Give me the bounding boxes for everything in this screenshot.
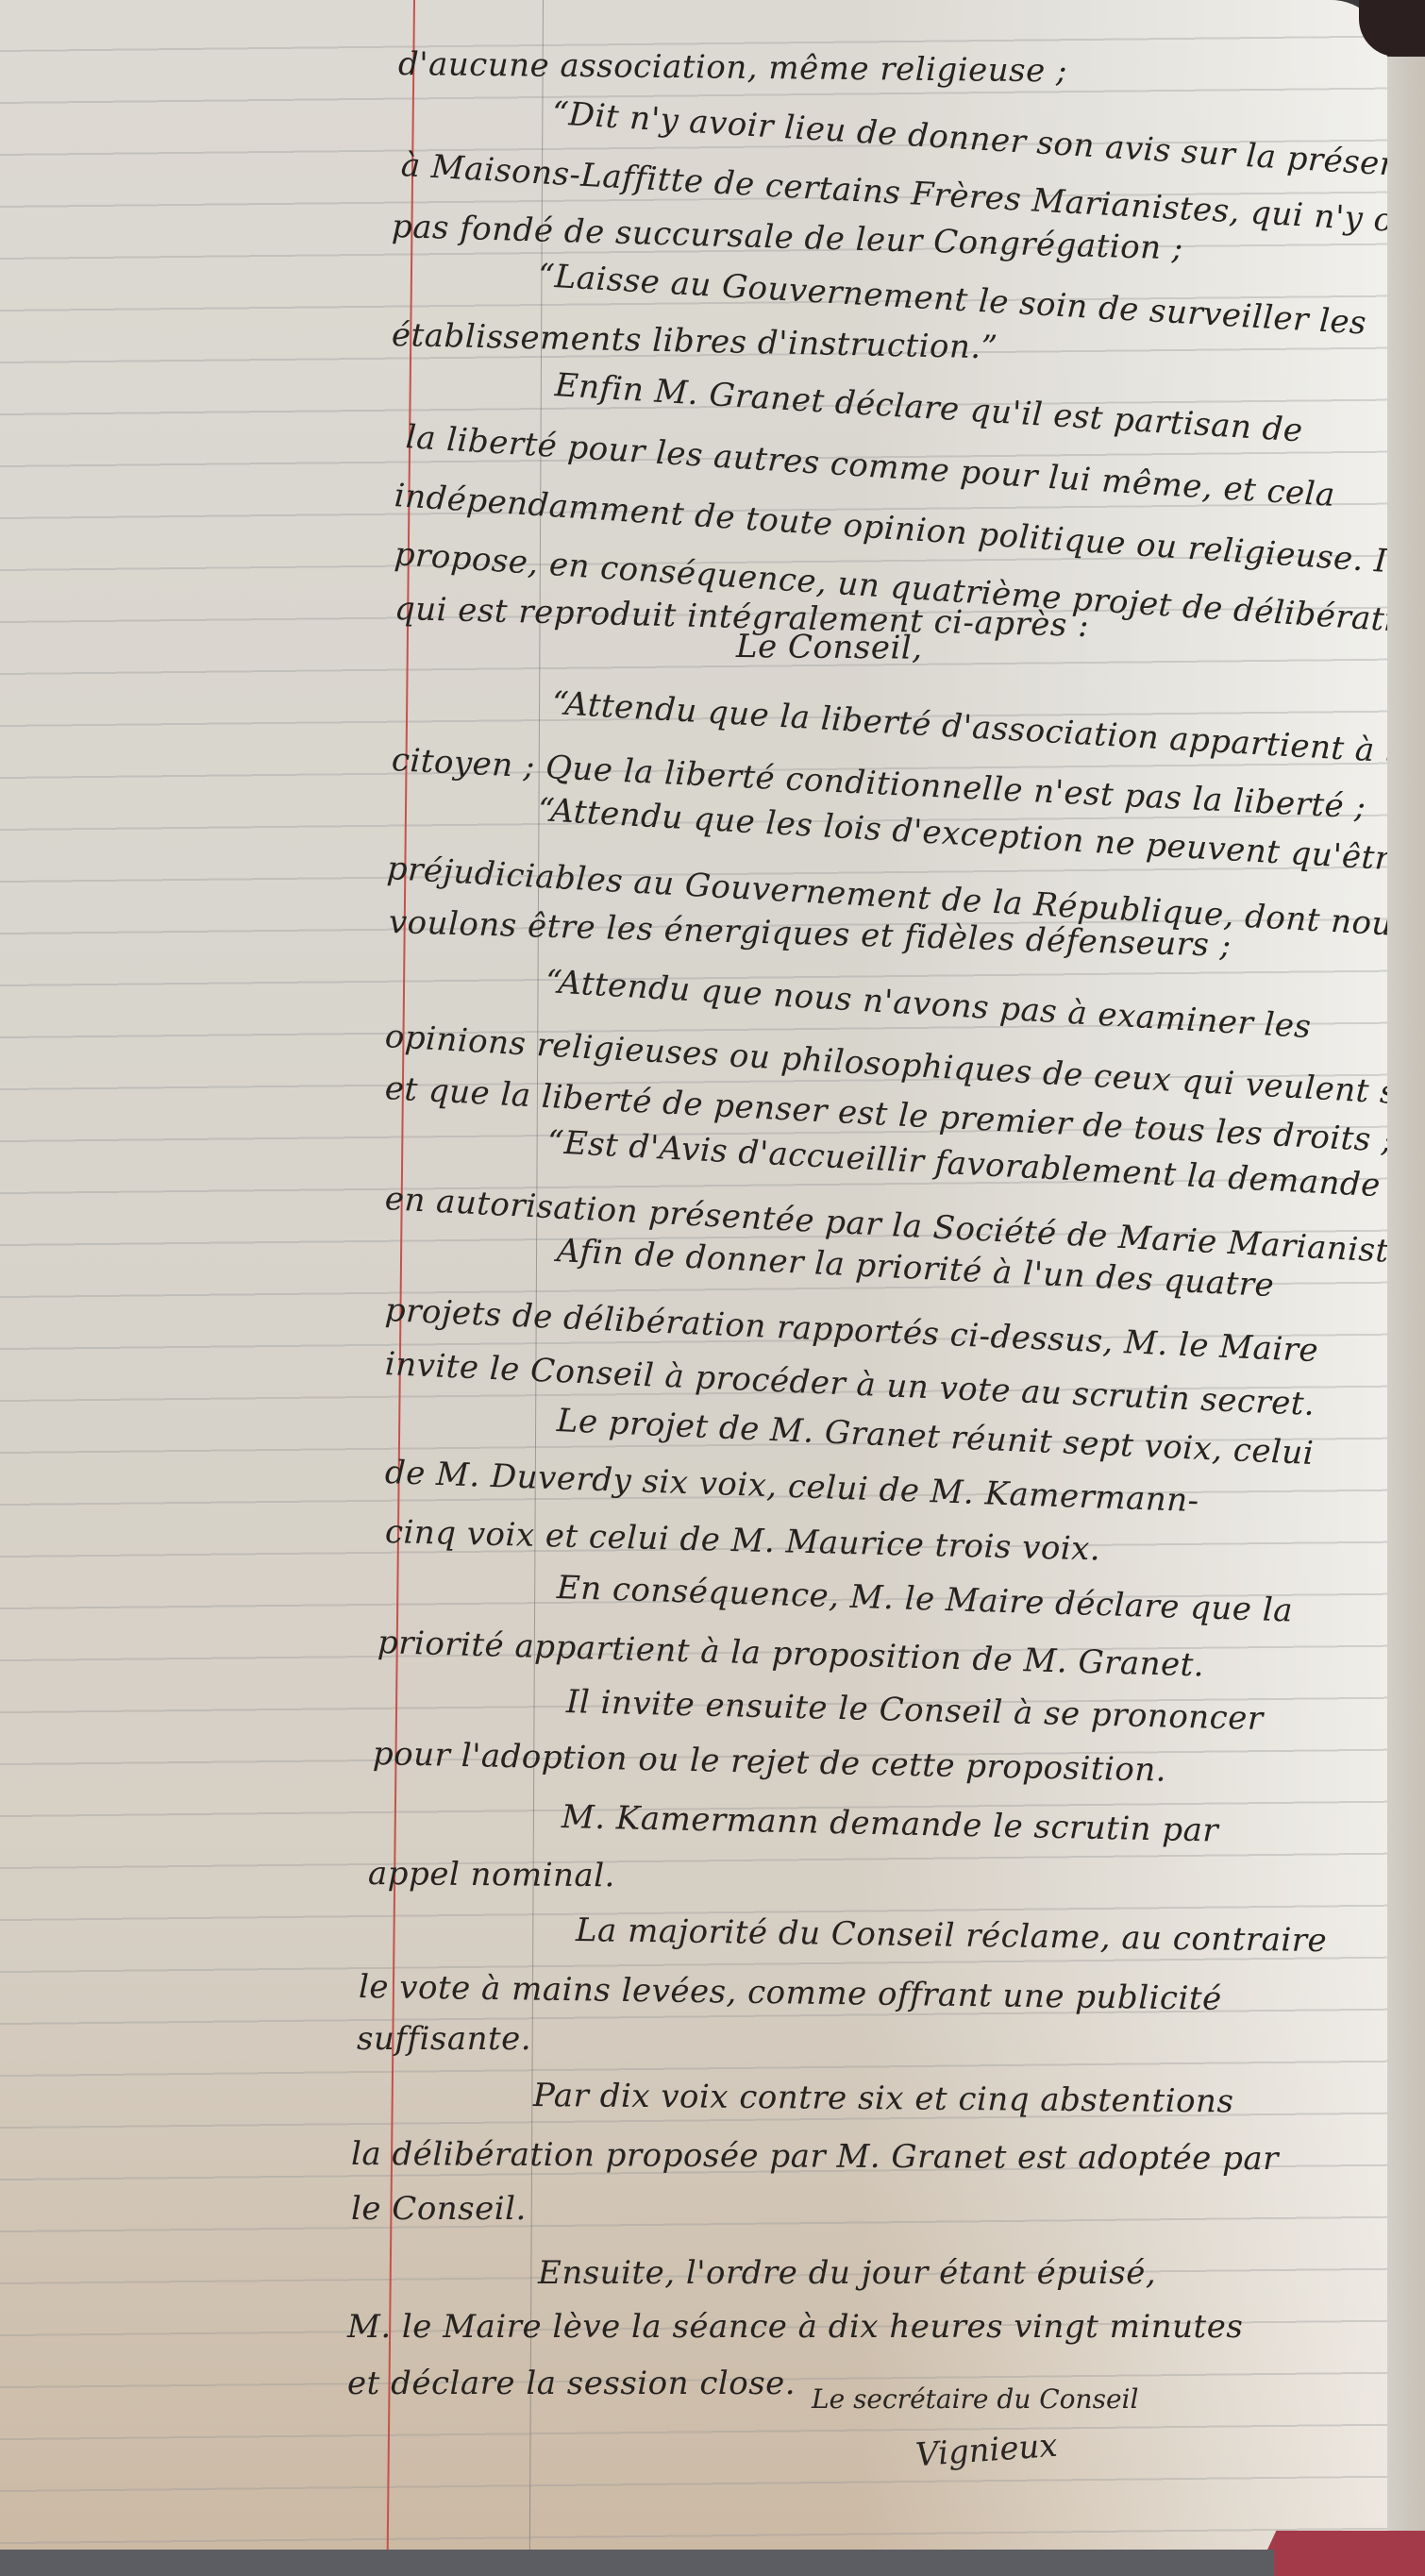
text-line: d'aucune association, même religieuse ; <box>398 45 1067 90</box>
text-line: le Conseil. <box>351 2190 527 2228</box>
text-line: Ensuite, l'ordre du jour étant épuisé, <box>538 2254 1156 2292</box>
text-line: appel nominal. <box>368 1855 615 1894</box>
signature-title: Le secrétaire du Conseil <box>812 2383 1138 2415</box>
ledger-page: d'aucune association, même religieuse ;“… <box>0 0 1387 2553</box>
text-line: Le Conseil, <box>736 628 923 667</box>
text-line: et déclare la session close. <box>347 2365 796 2402</box>
signature-name: Vignieux <box>914 2427 1059 2474</box>
signature-block: Le secrétaire du Conseil Vignieux <box>812 2383 1138 2469</box>
book-cover-bottom <box>1255 2531 1425 2576</box>
text-line: la délibération proposée par M. Granet e… <box>351 2135 1279 2178</box>
desk-surface <box>0 2550 1274 2576</box>
page-edge <box>1387 57 1425 2576</box>
text-line: Par dix voix contre six et cinq abstenti… <box>533 2077 1234 2120</box>
text-line: M. le Maire lève la séance à dix heures … <box>347 2308 1243 2346</box>
text-line: suffisante. <box>357 2020 531 2058</box>
